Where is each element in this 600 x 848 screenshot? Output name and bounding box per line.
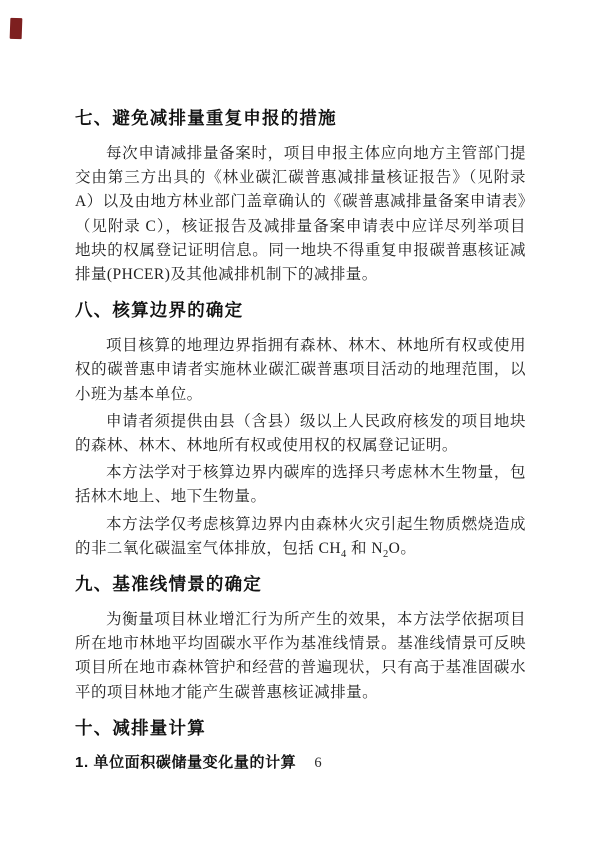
page-content: 七、避免减排量重复申报的措施 每次申请减排量备案时，项目申报主体应向地方主管部门… — [75, 107, 526, 774]
paragraph: 申请者须提供由县（含县）级以上人民政府核发的项目地块的森林、林木、林地所有权或使… — [75, 410, 526, 458]
paragraph-greenhouse-gases: 本方法学仅考虑核算边界内由森林火灾引起生物质燃烧造成的非二氧化碳温室气体排放，包… — [75, 513, 526, 561]
section-avoid-double-reporting: 七、避免减排量重复申报的措施 每次申请减排量备案时，项目申报主体应向地方主管部门… — [75, 107, 526, 287]
section-heading-9: 九、基准线情景的确定 — [75, 573, 526, 596]
section-heading-8: 八、核算边界的确定 — [75, 299, 526, 322]
page-number: 6 — [0, 755, 600, 772]
paragraph: 为衡量项目林业增汇行为所产生的效果，本方法学依据项目所在地市林地平均固碳水平作为… — [75, 608, 526, 705]
section-accounting-boundary: 八、核算边界的确定 项目核算的地理边界指拥有森林、林木、林地所有权或使用权的碳普… — [75, 299, 526, 561]
gas-text: O。 — [389, 540, 417, 557]
section-baseline-scenario: 九、基准线情景的确定 为衡量项目林业增汇行为所产生的效果，本方法学依据项目所在地… — [75, 573, 526, 705]
paragraph: 每次申请减排量备案时，项目申报主体应向地方主管部门提交由第三方出具的《林业碳汇碳… — [75, 142, 526, 287]
section-heading-10: 十、减排量计算 — [75, 717, 526, 740]
section-heading-7: 七、避免减排量重复申报的措施 — [75, 107, 526, 130]
paragraph: 项目核算的地理边界指拥有森林、林木、林地所有权或使用权的碳普惠申请者实施林业碳汇… — [75, 334, 526, 407]
gas-text: 和 N — [347, 540, 383, 557]
paragraph: 本方法学对于核算边界内碳库的选择只考虑林木生物量，包括林木地上、地下生物量。 — [75, 461, 526, 509]
document-page: 七、避免减排量重复申报的措施 每次申请减排量备案时，项目申报主体应向地方主管部门… — [0, 0, 600, 848]
gas-text: 本方法学仅考虑核算边界内由森林火灾引起生物质燃烧造成的非二氧化碳温室气体排放，包… — [75, 516, 526, 557]
red-stamp-mark — [10, 18, 23, 39]
